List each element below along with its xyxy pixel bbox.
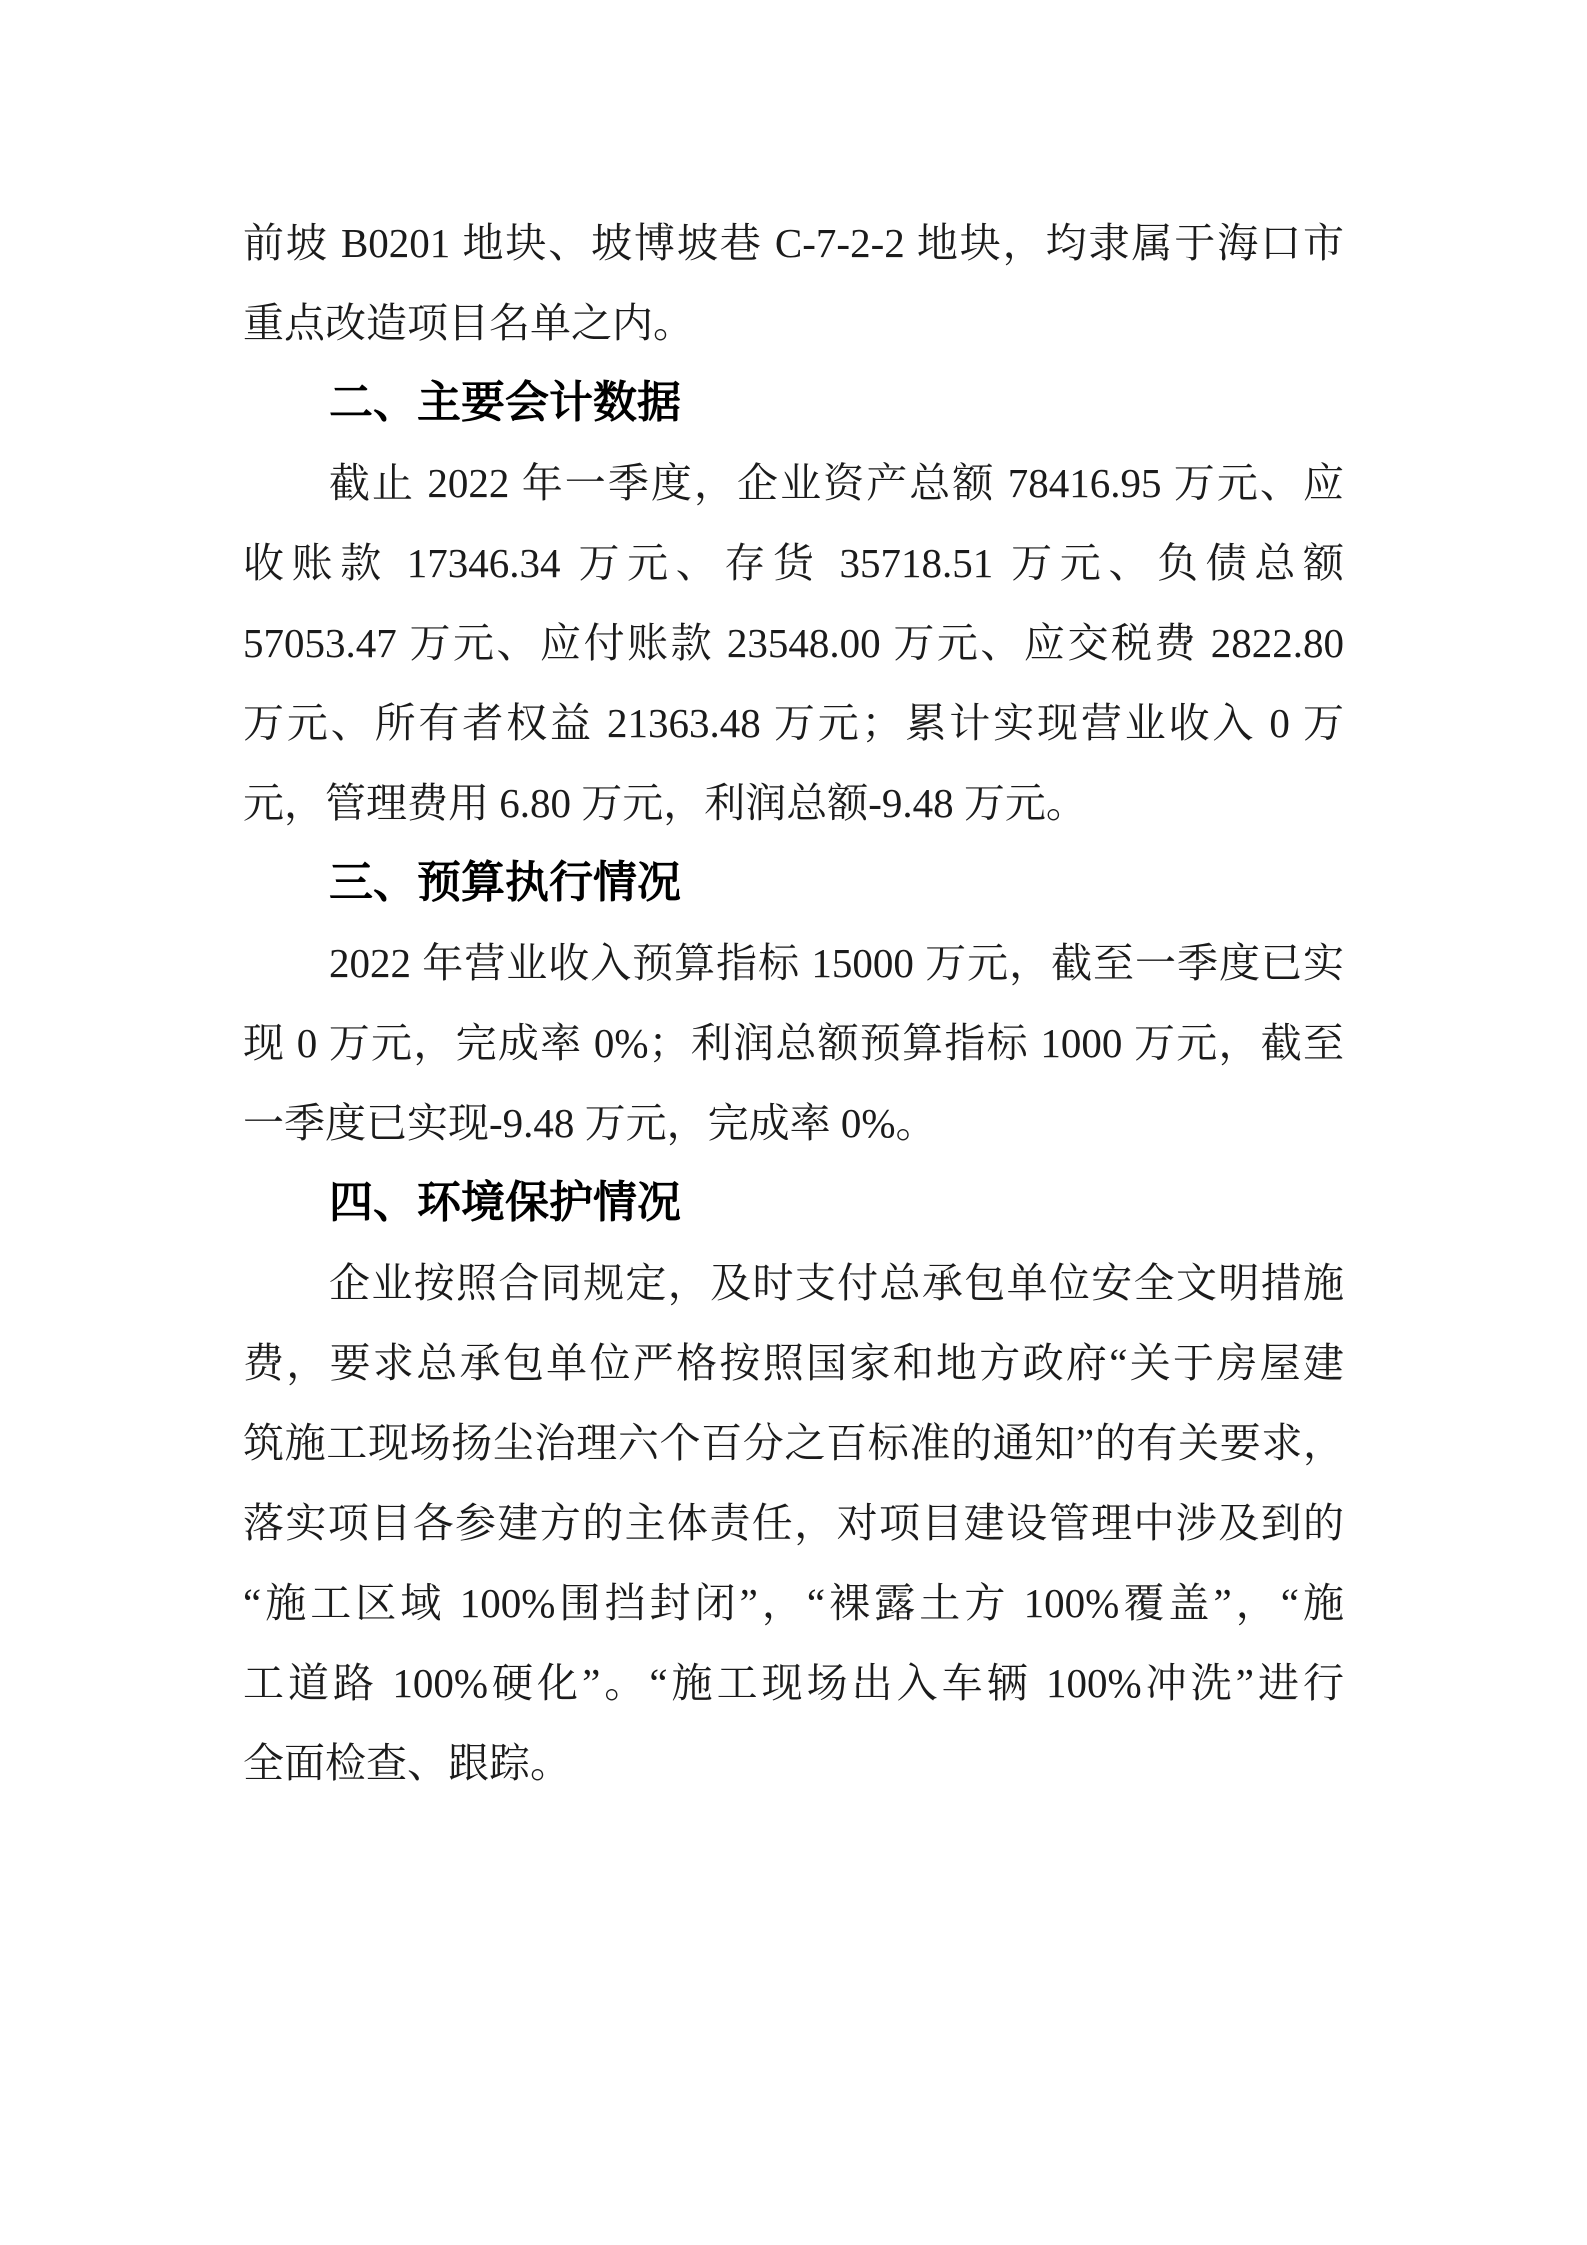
body-line: 57053.47 万元、应付账款 23548.00 万元、应交税费 2822.8…: [243, 603, 1344, 683]
body-line: “施工区域 100%围挡封闭”，“裸露土方 100%覆盖”，“施: [243, 1563, 1344, 1643]
body-line: 万元、所有者权益 21363.48 万元；累计实现营业收入 0 万: [243, 683, 1344, 763]
heading-accounting-data: 二、主要会计数据: [243, 363, 1344, 443]
body-line: 筑施工现场扬尘治理六个百分之百标准的通知”的有关要求，: [243, 1403, 1344, 1483]
body-line: 收账款 17346.34 万元、存货 35718.51 万元、负债总额: [243, 523, 1344, 603]
body-line: 一季度已实现-9.48 万元，完成率 0%。: [243, 1083, 1344, 1163]
document-page: 前坡 B0201 地块、坡博坡巷 C-7-2-2 地块，均隶属于海口市 重点改造…: [0, 0, 1587, 2245]
body-line: 现 0 万元，完成率 0%；利润总额预算指标 1000 万元，截至: [243, 1003, 1344, 1083]
body-line: 工道路 100%硬化”。“施工现场出入车辆 100%冲洗”进行: [243, 1643, 1344, 1723]
body-line: 全面检查、跟踪。: [243, 1723, 1344, 1803]
body-line: 2022 年营业收入预算指标 15000 万元，截至一季度已实: [243, 923, 1344, 1003]
body-line: 费，要求总承包单位严格按照国家和地方政府“关于房屋建: [243, 1323, 1344, 1403]
body-line: 企业按照合同规定，及时支付总承包单位安全文明措施: [243, 1243, 1344, 1323]
intro-line: 前坡 B0201 地块、坡博坡巷 C-7-2-2 地块，均隶属于海口市: [243, 203, 1344, 283]
body-line: 截止 2022 年一季度，企业资产总额 78416.95 万元、应: [243, 443, 1344, 523]
heading-environmental-protection: 四、环境保护情况: [243, 1163, 1344, 1243]
body-line: 元，管理费用 6.80 万元，利润总额-9.48 万元。: [243, 763, 1344, 843]
heading-budget-execution: 三、预算执行情况: [243, 843, 1344, 923]
body-line: 落实项目各参建方的主体责任，对项目建设管理中涉及到的: [243, 1483, 1344, 1563]
intro-line: 重点改造项目名单之内。: [243, 283, 1344, 363]
